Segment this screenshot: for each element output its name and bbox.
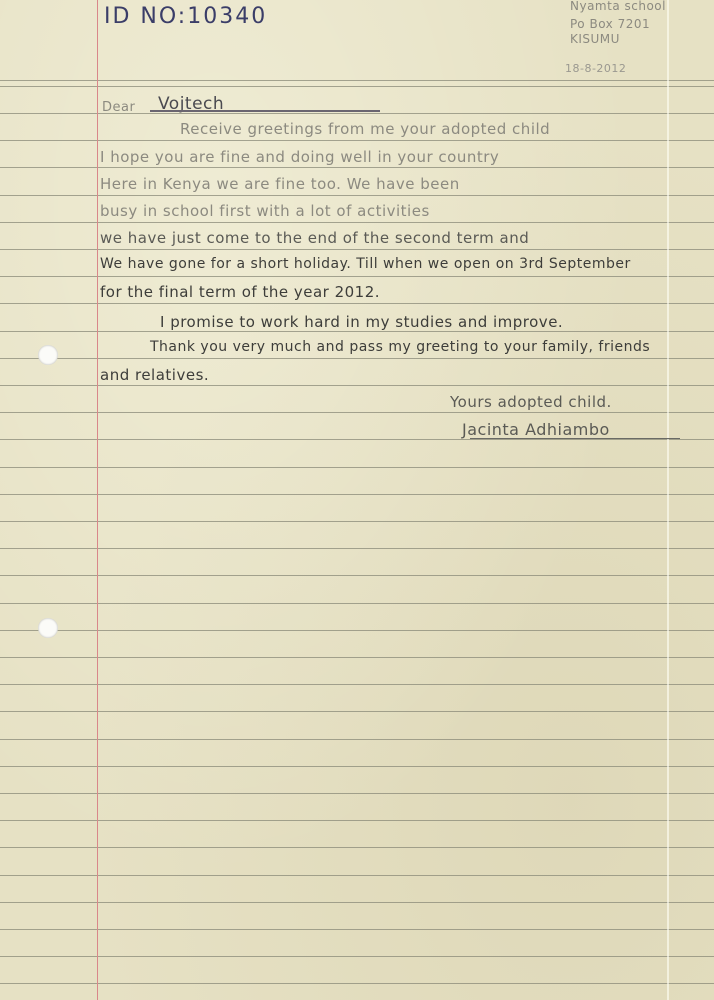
body-line-2: I hope you are fine and doing well in yo… bbox=[100, 148, 499, 166]
rule-line bbox=[0, 766, 714, 767]
rule-line bbox=[0, 929, 714, 930]
margin-line bbox=[97, 0, 98, 1000]
body-line-6: We have gone for a short holiday. Till w… bbox=[100, 256, 631, 272]
rule-line bbox=[0, 820, 714, 821]
address-line-box: Po Box 7201 bbox=[570, 18, 650, 31]
rule-line bbox=[0, 412, 714, 413]
rule-line bbox=[0, 358, 714, 359]
body-line-5: we have just come to the end of the seco… bbox=[100, 229, 529, 247]
rule-line bbox=[0, 494, 714, 495]
salutation: Dear bbox=[102, 100, 135, 115]
rule-line bbox=[0, 793, 714, 794]
body-line-10: and relatives. bbox=[100, 366, 209, 384]
rule-line bbox=[0, 603, 714, 604]
rule-line bbox=[0, 467, 714, 468]
rule-line bbox=[0, 847, 714, 848]
rule-line bbox=[0, 956, 714, 957]
body-line-1: Receive greetings from me your adopted c… bbox=[180, 120, 550, 138]
body-line-8: I promise to work hard in my studies and… bbox=[160, 313, 563, 331]
rule-line bbox=[0, 140, 714, 141]
rule-line bbox=[0, 983, 714, 984]
rule-line bbox=[0, 195, 714, 196]
signature: Jacinta Adhiambo bbox=[462, 420, 610, 439]
address-line-city: KISUMU bbox=[570, 33, 620, 46]
punch-hole-top bbox=[38, 345, 58, 365]
rule-line bbox=[0, 167, 714, 168]
rule-line bbox=[0, 711, 714, 712]
rule-line bbox=[0, 739, 714, 740]
rule-line bbox=[0, 222, 714, 223]
letter-date: 18-8-2012 bbox=[565, 62, 626, 75]
rule-line bbox=[0, 80, 714, 81]
rule-line bbox=[0, 657, 714, 658]
rule-line bbox=[0, 86, 714, 87]
rule-line bbox=[0, 684, 714, 685]
fold-crease bbox=[667, 0, 669, 1000]
body-line-4: busy in school first with a lot of activ… bbox=[100, 202, 430, 220]
id-number: ID NO:10340 bbox=[104, 4, 267, 29]
signature-underline bbox=[470, 438, 680, 439]
rule-line bbox=[0, 875, 714, 876]
rule-line bbox=[0, 521, 714, 522]
rule-line bbox=[0, 385, 714, 386]
rule-line bbox=[0, 303, 714, 304]
rule-line bbox=[0, 249, 714, 250]
punch-hole-bottom bbox=[38, 618, 58, 638]
body-line-9: Thank you very much and pass my greeting… bbox=[150, 339, 650, 355]
rule-line bbox=[0, 331, 714, 332]
address-line-school: Nyamta school bbox=[570, 0, 666, 13]
closing: Yours adopted child. bbox=[450, 393, 612, 411]
body-line-7: for the final term of the year 2012. bbox=[100, 283, 380, 301]
rule-line bbox=[0, 902, 714, 903]
recipient-underline bbox=[150, 110, 380, 112]
rule-line bbox=[0, 548, 714, 549]
rule-line bbox=[0, 575, 714, 576]
rule-line bbox=[0, 276, 714, 277]
rule-line bbox=[0, 630, 714, 631]
body-line-3: Here in Kenya we are fine too. We have b… bbox=[100, 175, 460, 193]
rule-line bbox=[0, 439, 714, 440]
